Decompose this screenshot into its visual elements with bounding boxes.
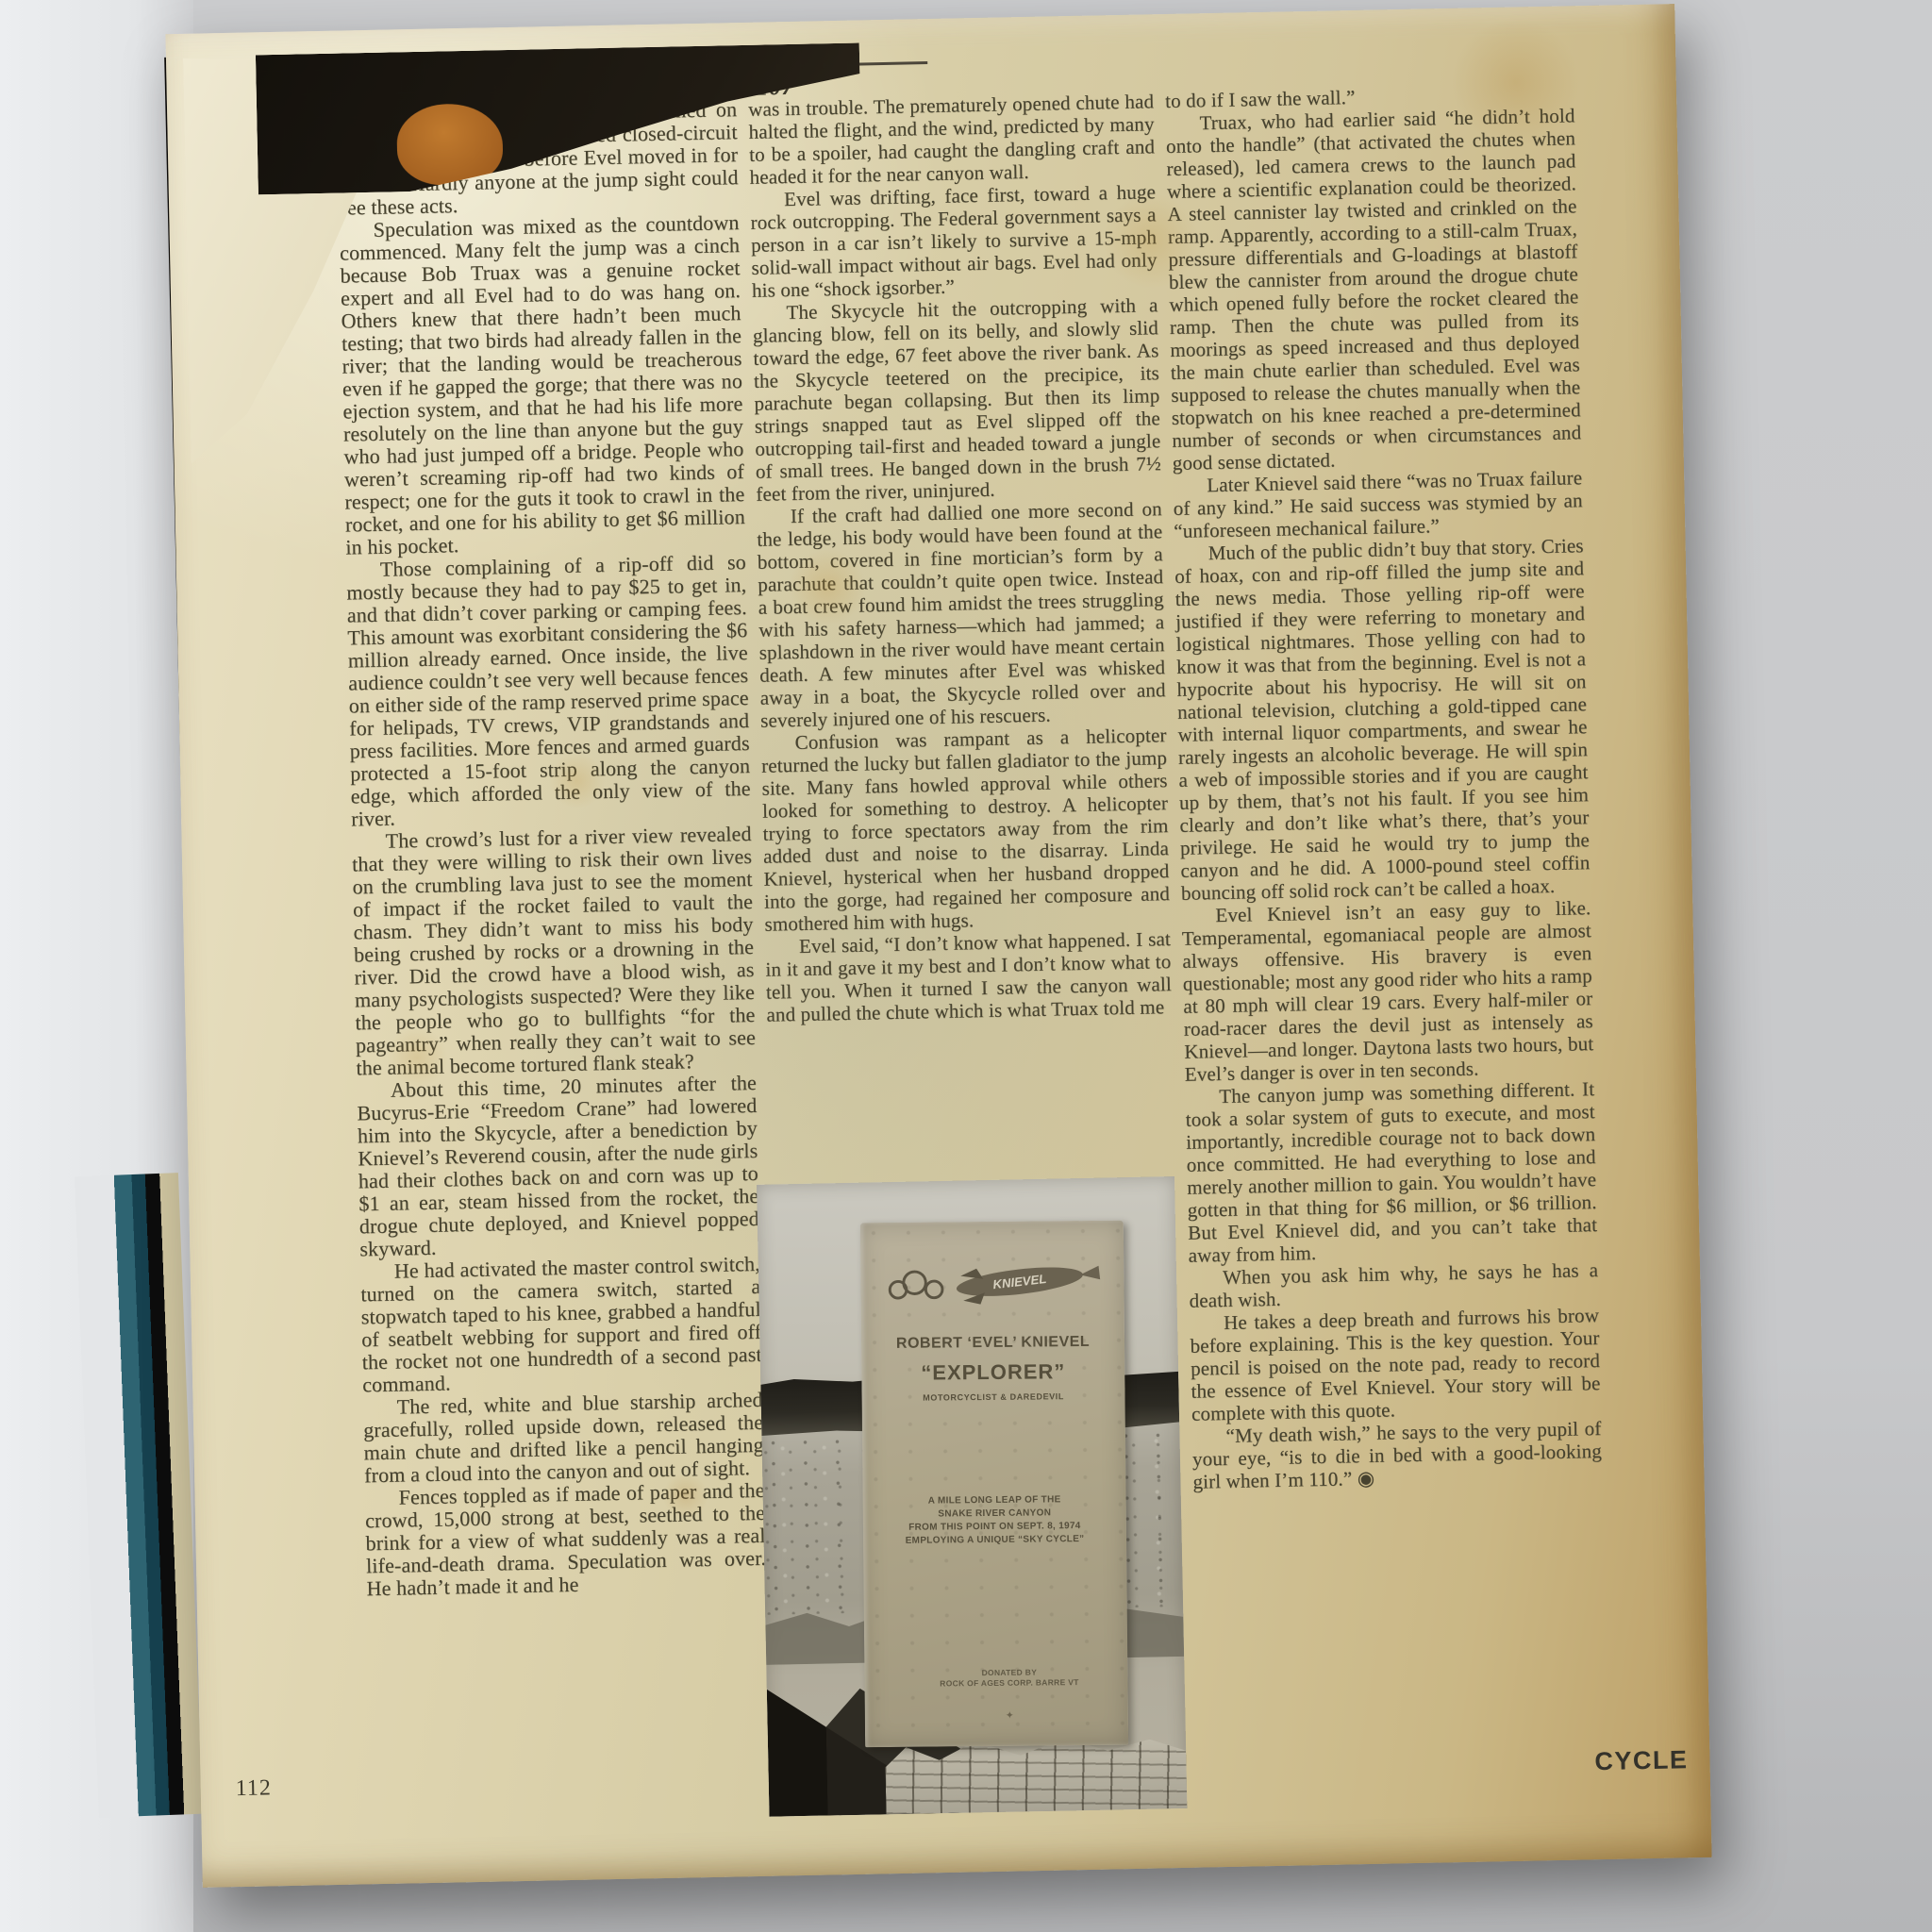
paragraph: EMPLOYING A UNIQUE “SKY CYCLE” — [863, 1532, 1126, 1548]
paragraph: Later Knievel said there “was no Truax f… — [1173, 466, 1583, 542]
paragraph: He had activated the master control swit… — [360, 1253, 763, 1396]
text-column-3: to do if I saw the wall.”Truax, who had … — [1165, 81, 1603, 1492]
paragraph: Confusion was rampant as a helicopter re… — [760, 724, 1170, 936]
paragraph: Truax, who had earlier said “he didn’t h… — [1165, 104, 1582, 475]
magazine-name: CYCLE — [1594, 1745, 1689, 1776]
paragraph: About this time, 20 minutes after the Bu… — [357, 1072, 760, 1260]
magazine-page: Continued from page 107 the canyon lip. … — [165, 4, 1711, 1888]
paragraph: Speculation was mixed as the countdown c… — [339, 211, 745, 558]
monument-plaque-text: A MILE LONG LEAP OF THESNAKE RIVER CANYO… — [863, 1492, 1127, 1548]
page-number: 112 — [236, 1775, 273, 1802]
paragraph: When you ask him why, he says he has a d… — [1189, 1258, 1599, 1312]
monument-photo: KNIEVEL ROBERT ‘EVEL’ KNIEVEL “EXPLORER”… — [757, 1176, 1187, 1817]
monument-title-line: “EXPLORER” — [862, 1358, 1125, 1386]
paragraph: The Skycycle hit the outcropping with a … — [752, 293, 1161, 506]
text-column-2: was in trouble. The prematurely opened c… — [748, 90, 1173, 1025]
rocket-engraving-icon: KNIEVEL — [882, 1257, 1104, 1306]
paragraph: Those complaining of a rip-off did so mo… — [346, 551, 752, 830]
paragraph: If the craft had dallied one more second… — [757, 497, 1167, 732]
paragraph: Evel Knievel isn’t an easy guy to like. … — [1181, 896, 1594, 1086]
knievel-monument: KNIEVEL ROBERT ‘EVEL’ KNIEVEL “EXPLORER”… — [860, 1220, 1128, 1747]
paragraph: Evel was drifting, face first, toward a … — [750, 180, 1158, 302]
paragraph: Evel said, “I don’t know what happened. … — [765, 927, 1173, 1026]
paragraph: The red, white and blue starship arched … — [362, 1389, 764, 1487]
photographed-magazine-scene: Continued from page 107 the canyon lip. … — [0, 0, 1932, 1932]
paragraph: The canyon jump was something different.… — [1185, 1077, 1598, 1267]
monument-emblem-icon: ✦ — [865, 1707, 1155, 1723]
monument-donated-text: DONATED BYROCK OF AGES CORP. BARRE VT — [891, 1666, 1128, 1689]
paragraph: The crowd’s lust for a river view reveal… — [351, 823, 756, 1079]
monument-name-line: ROBERT ‘EVEL’ KNIEVEL — [861, 1333, 1124, 1353]
paragraph: Fences toppled as if made of paper and t… — [364, 1479, 766, 1600]
paragraph: Much of the public didn’t buy that story… — [1174, 534, 1591, 905]
paragraph: “My death wish,” he says to the very pup… — [1191, 1417, 1602, 1493]
paragraph: was in trouble. The prematurely opened c… — [748, 90, 1156, 189]
monument-subtitle-line: MOTORCYCLIST & DAREDEVIL — [862, 1391, 1125, 1403]
text-column-1: the canyon lip. As Evel’s rocket steamed… — [337, 98, 767, 1600]
paragraph: ROCK OF AGES CORP. BARRE VT — [891, 1676, 1128, 1689]
paragraph: He takes a deep breath and furrows his b… — [1190, 1304, 1601, 1425]
torn-photo-blob — [396, 103, 504, 186]
